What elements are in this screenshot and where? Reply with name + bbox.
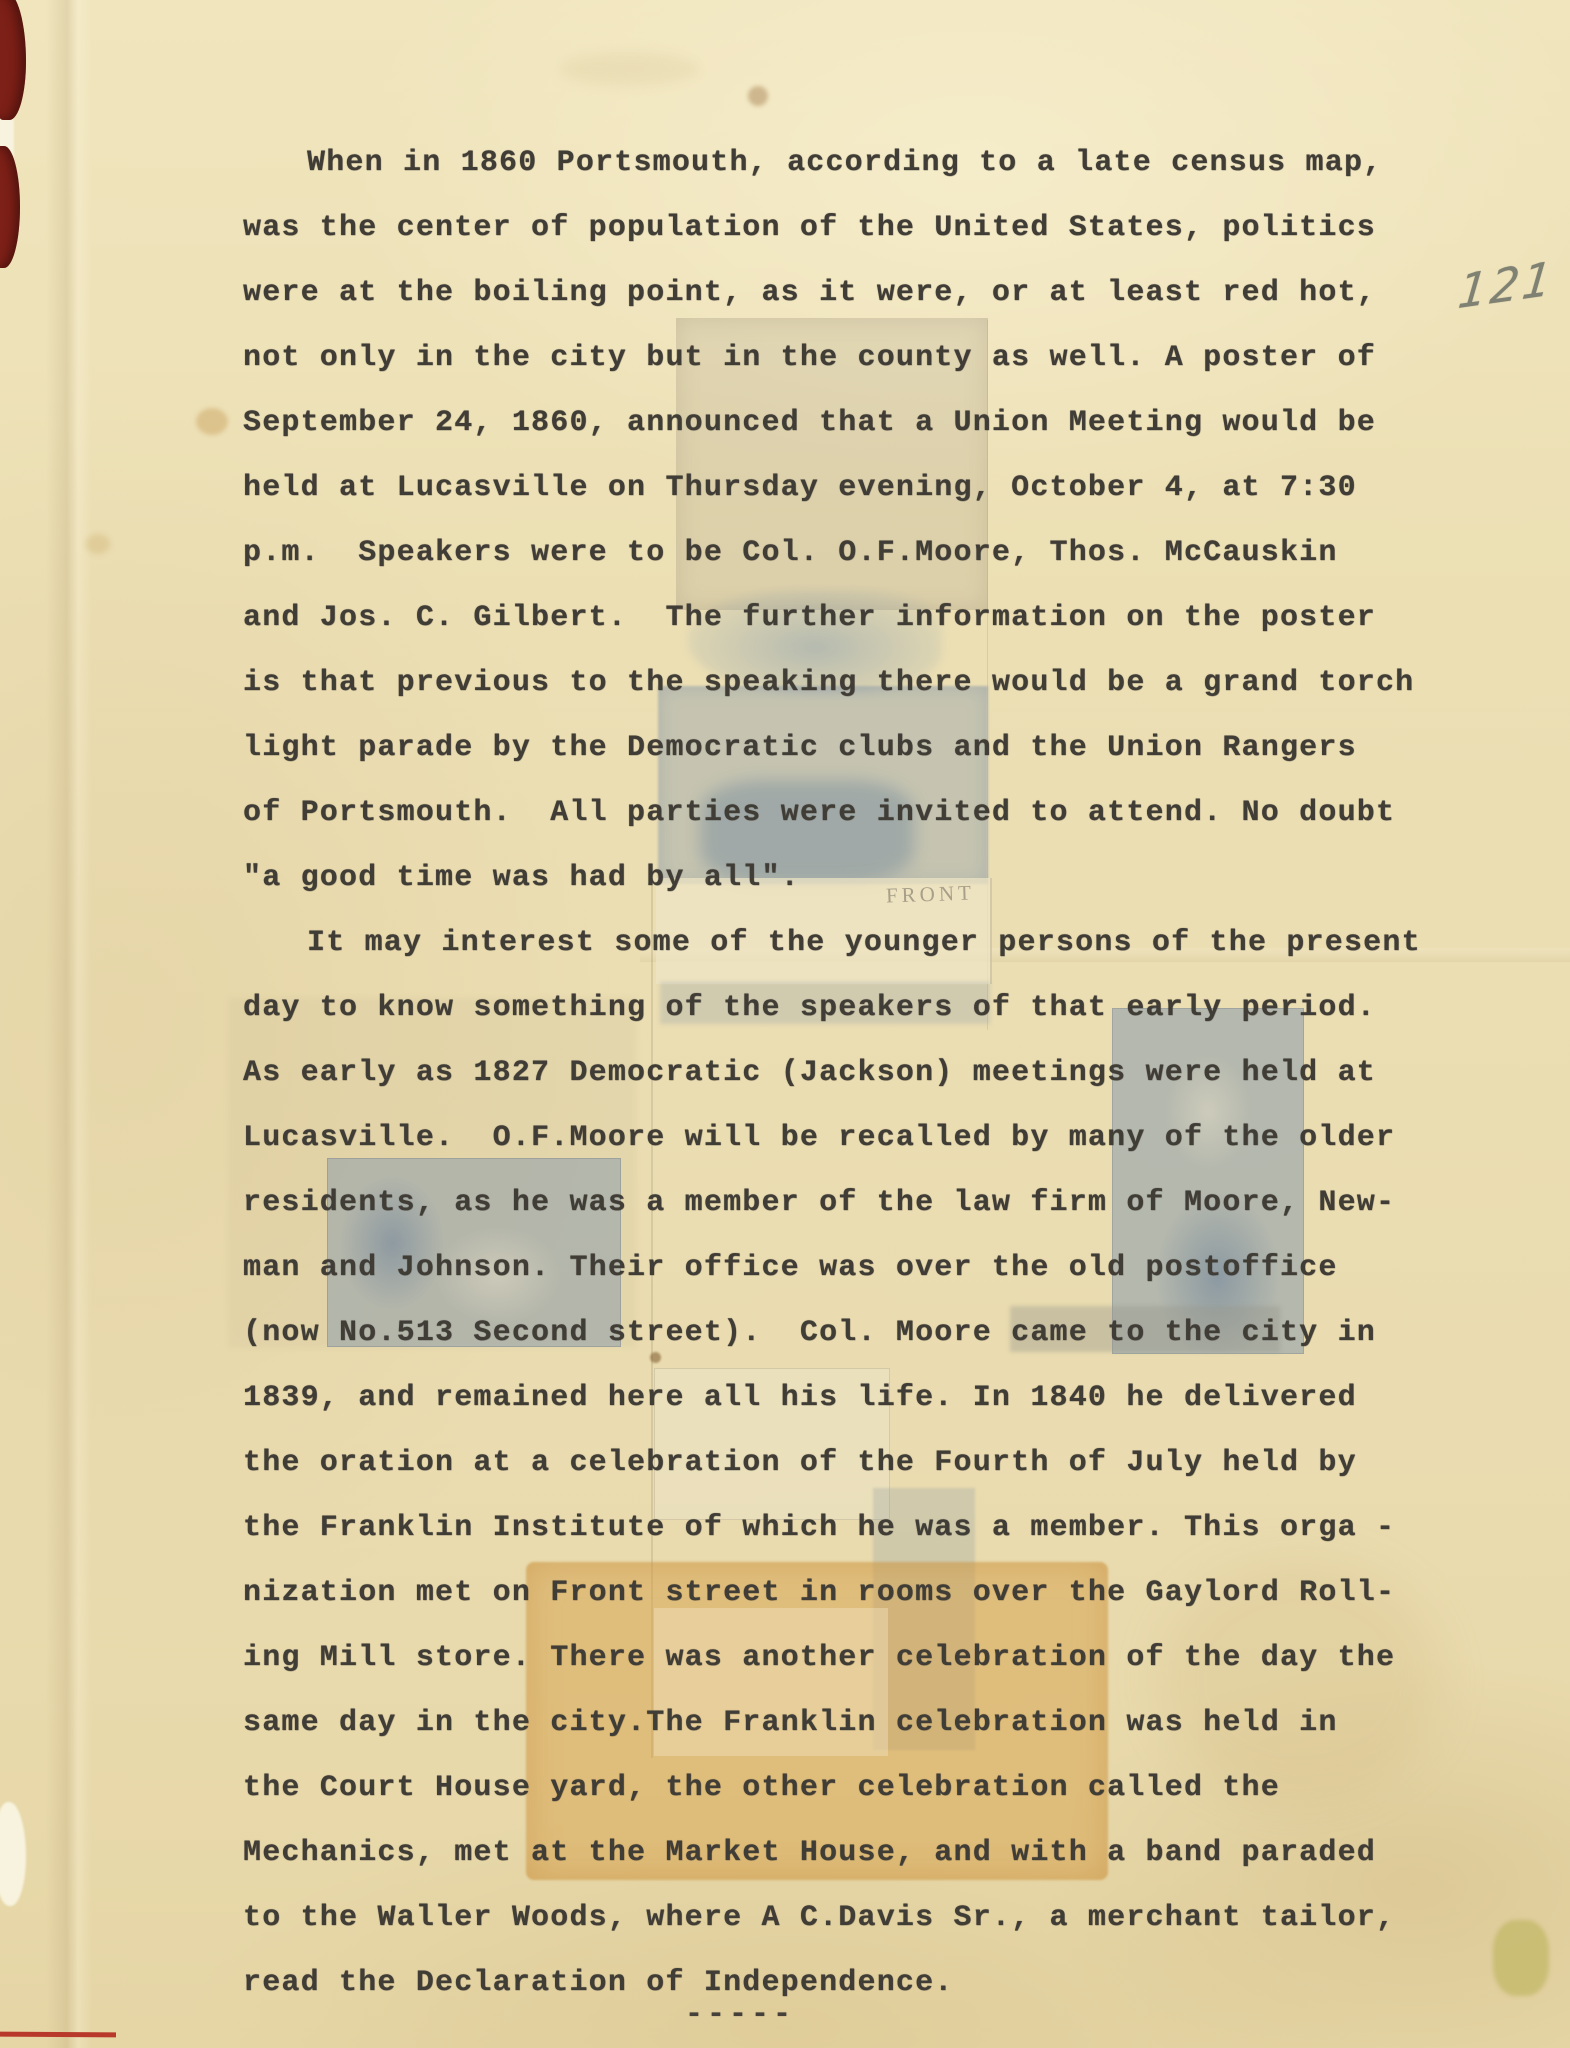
text-line: September 24, 1860, announced that a Uni… — [243, 391, 1463, 456]
paper-stain — [748, 86, 768, 106]
paper-stain — [560, 52, 700, 86]
paper-crease-left — [46, 0, 92, 2048]
typewritten-text-block: When in 1860 Portsmouth, according to a … — [243, 131, 1463, 2016]
paper-stain — [86, 534, 110, 554]
text-line: not only in the city but in the county a… — [243, 326, 1463, 391]
text-line: was the center of population of the Unit… — [243, 196, 1463, 261]
text-line: of Portsmouth. All parties were invited … — [243, 781, 1463, 846]
text-line: residents, as he was a member of the law… — [243, 1171, 1463, 1236]
text-line: same day in the city.The Franklin celebr… — [243, 1691, 1463, 1756]
text-line: man and Johnson. Their office was over t… — [243, 1236, 1463, 1301]
paper-stain-olive — [1493, 1920, 1549, 1996]
text-line: nization met on Front street in rooms ov… — [243, 1561, 1463, 1626]
text-line: When in 1860 Portsmouth, according to a … — [243, 131, 1463, 196]
torn-edge-red-line — [0, 2032, 116, 2038]
document-page: FRONT When in 1860 Portsmouth, according… — [0, 0, 1570, 2048]
text-line: It may interest some of the younger pers… — [243, 911, 1463, 976]
text-line: Lucasville. O.F.Moore will be recalled b… — [243, 1106, 1463, 1171]
text-line: (now No.513 Second street). Col. Moore c… — [243, 1301, 1463, 1366]
text-line: p.m. Speakers were to be Col. O.F.Moore,… — [243, 521, 1463, 586]
text-line: the oration at a celebration of the Four… — [243, 1431, 1463, 1496]
handwritten-page-number: 121 — [1456, 251, 1558, 320]
text-line: light parade by the Democratic clubs and… — [243, 716, 1463, 781]
text-line: to the Waller Woods, where A C.Davis Sr.… — [243, 1886, 1463, 1951]
text-line: were at the boiling point, as it were, o… — [243, 261, 1463, 326]
text-line: 1839, and remained here all his life. In… — [243, 1366, 1463, 1431]
paper-stain — [196, 408, 228, 435]
text-line: the Franklin Institute of which he was a… — [243, 1496, 1463, 1561]
text-line: "a good time was had by all". — [243, 846, 1463, 911]
text-line: is that previous to the speaking there w… — [243, 651, 1463, 716]
text-line: day to know something of the speakers of… — [243, 976, 1463, 1041]
text-line: and Jos. C. Gilbert. The further informa… — [243, 586, 1463, 651]
text-line: Mechanics, met at the Market House, and … — [243, 1821, 1463, 1886]
text-line: ing Mill store. There was another celebr… — [243, 1626, 1463, 1691]
text-line: held at Lucasville on Thursday evening, … — [243, 456, 1463, 521]
text-line: As early as 1827 Democratic (Jackson) me… — [243, 1041, 1463, 1106]
scanned-document-view: FRONT When in 1860 Portsmouth, according… — [0, 0, 1570, 2048]
text-line: the Court House yard, the other celebrat… — [243, 1756, 1463, 1821]
end-of-text-dashes: ----- — [620, 1998, 860, 2030]
